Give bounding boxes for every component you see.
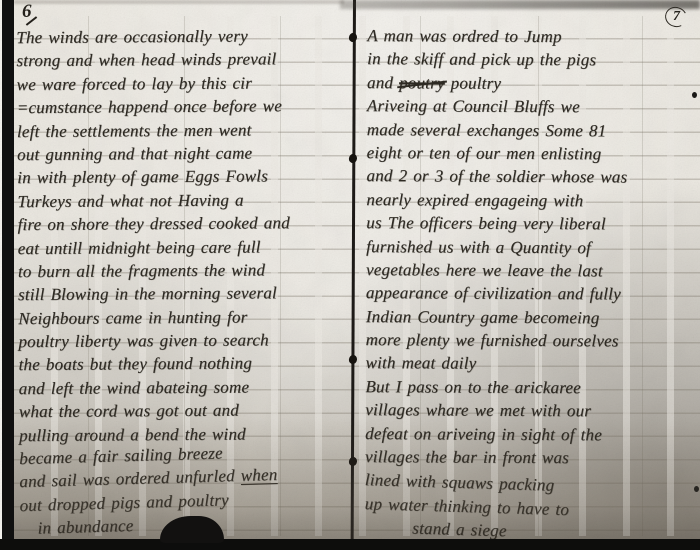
manuscript-line: poultry liberty was given to search xyxy=(18,328,350,354)
manuscript-line: and left the wind abateing some xyxy=(19,375,351,401)
manuscript-line: furnished us with a Quantity of xyxy=(366,235,696,260)
scan-speck xyxy=(692,92,697,98)
manuscript-line: eat untill midnight being care full xyxy=(18,234,350,260)
manuscript-line: =cumstance happend once before we xyxy=(17,94,349,120)
scan-edge-bottom xyxy=(0,539,700,550)
manuscript-line: made several exchanges Some 81 xyxy=(367,118,697,143)
manuscript-line: the boats but they found nothing xyxy=(18,351,350,377)
manuscript-line: villages the bar in front was xyxy=(365,445,695,470)
manuscript-line: appearance of civilization and fully xyxy=(366,281,696,306)
manuscript-line: villages whare we met with our xyxy=(365,398,695,423)
manuscript-line: Neighbours came in hunting for xyxy=(18,305,350,331)
manuscript-line: in the skiff and pick up the pigs xyxy=(367,48,697,73)
scan-edge-left xyxy=(2,0,14,550)
scan-edge-sliver xyxy=(0,0,2,550)
manuscript-line: still Blowing in the morning several xyxy=(18,281,350,307)
scan-smudge-top-left xyxy=(14,0,344,4)
manuscript-line: Indian Country game becomeing xyxy=(366,305,696,330)
underlined-word: when xyxy=(240,465,277,485)
manuscript-line: out gunning and that night came xyxy=(17,141,349,167)
manuscript-line: we ware forced to lay by this cir xyxy=(17,71,349,97)
manuscript-line: what the cord was got out and xyxy=(19,398,351,424)
left-page: The winds are occasionally verystrong an… xyxy=(16,24,352,541)
manuscript-line: left the settlements the men went xyxy=(17,117,349,143)
manuscript-line: nearly expired engageing with xyxy=(366,188,696,213)
document-scan: The winds are occasionally verystrong an… xyxy=(0,0,700,550)
scan-speck xyxy=(694,486,699,492)
right-page: A man was ordred to Jumpin the skiff and… xyxy=(365,24,698,540)
manuscript-line: vegetables here we leave the last xyxy=(366,258,696,283)
scan-smudge-top-right xyxy=(340,0,700,9)
page-number-label: 7 xyxy=(673,9,680,25)
manuscript-line: and poutry poultry xyxy=(367,71,697,96)
manuscript-line: But I pass on to the arickaree xyxy=(365,375,695,400)
manuscript-line: in with plenty of game Eggs Fowls xyxy=(17,164,349,190)
manuscript-line: more plenty we furnished ourselves xyxy=(366,328,696,353)
manuscript-line: strong and when head winds prevail xyxy=(16,47,348,73)
manuscript-line: fire on shore they dressed cooked and xyxy=(18,211,350,237)
manuscript-line: eight or ten of our men enlisting xyxy=(367,141,697,166)
page-number-6: 6 xyxy=(22,1,32,23)
struck-word: poutry xyxy=(399,73,445,92)
manuscript-line: and 2 or 3 of the soldier whose was xyxy=(366,164,696,189)
page-number-label: 6 xyxy=(22,1,32,22)
manuscript-line: A man was ordred to Jump xyxy=(367,24,697,49)
manuscript-line: to burn all the fragments the wind xyxy=(18,258,350,284)
manuscript-line: with meat daily xyxy=(366,352,696,377)
manuscript-line: The winds are occasionally very xyxy=(16,24,348,50)
manuscript-line: Turkeys and what not Having a xyxy=(17,188,349,214)
manuscript-line: defeat on ariveing in sight of the xyxy=(365,422,695,447)
manuscript-line: Ariveing at Council Bluffs we xyxy=(367,94,697,119)
manuscript-line: us The officers being very liberal xyxy=(366,211,696,236)
